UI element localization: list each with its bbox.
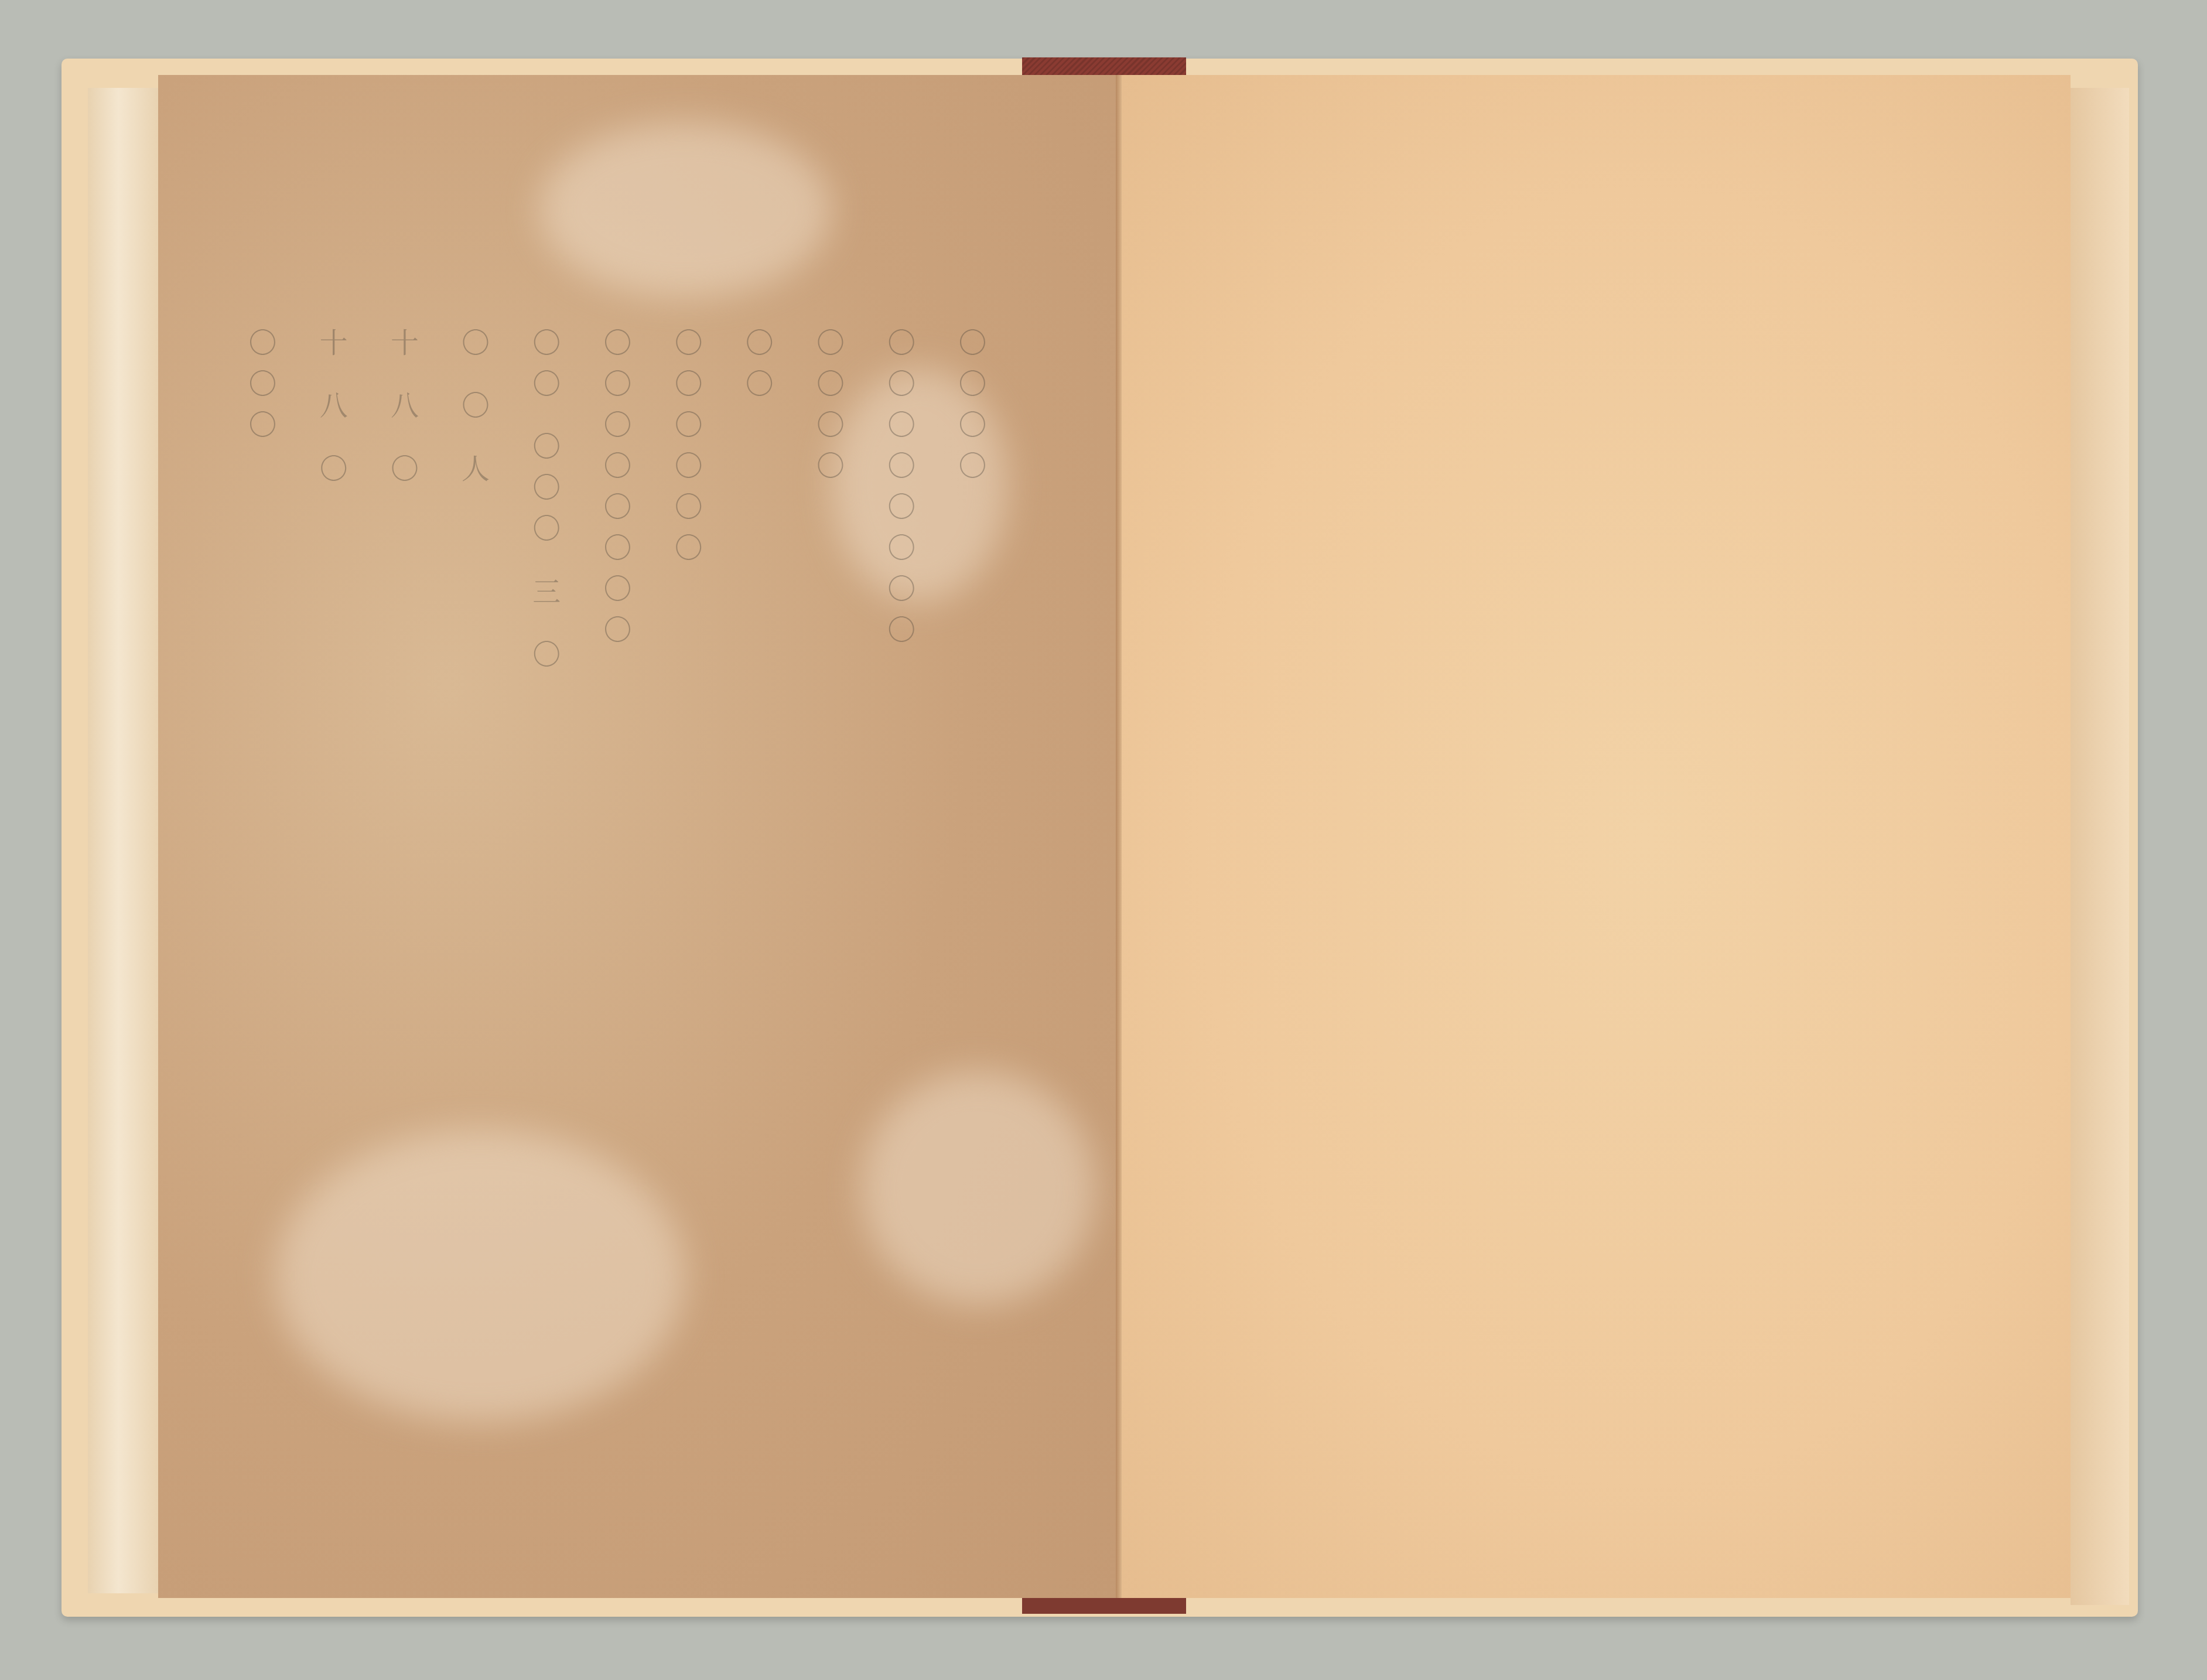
colophon-column: 十 八 〇 — [388, 328, 416, 1470]
spine-cloth-top — [1022, 57, 1186, 77]
colophon-column: 〇〇 — [743, 328, 771, 1470]
colophon-column: 〇〇 〇〇〇 三 〇 — [530, 328, 558, 1470]
right-page-blank — [1122, 75, 2071, 1598]
page-edges-right — [2071, 88, 2129, 1605]
colophon-column: 〇〇〇〇 — [814, 328, 842, 1470]
page-edges-left — [88, 88, 164, 1593]
colophon-column: 〇〇〇〇〇〇〇〇 — [601, 328, 629, 1470]
colophon-column: 〇 〇 人 — [459, 328, 487, 1470]
colophon-text-block: 〇〇〇〇 〇〇〇〇〇〇〇〇 〇〇〇〇 〇〇 〇〇〇〇〇〇 〇〇〇〇〇〇〇〇 〇〇… — [246, 328, 984, 1470]
colophon-column: 〇〇〇〇〇〇〇〇 — [885, 328, 913, 1470]
colophon-column: 〇〇〇〇〇〇 — [672, 328, 700, 1470]
spine-cloth-bottom — [1022, 1596, 1186, 1614]
stain — [539, 122, 832, 298]
colophon-column: 〇〇〇〇 — [956, 328, 984, 1470]
colophon-column: 〇〇〇 — [246, 328, 274, 1470]
colophon-column: 十 八 〇 — [317, 328, 345, 1470]
